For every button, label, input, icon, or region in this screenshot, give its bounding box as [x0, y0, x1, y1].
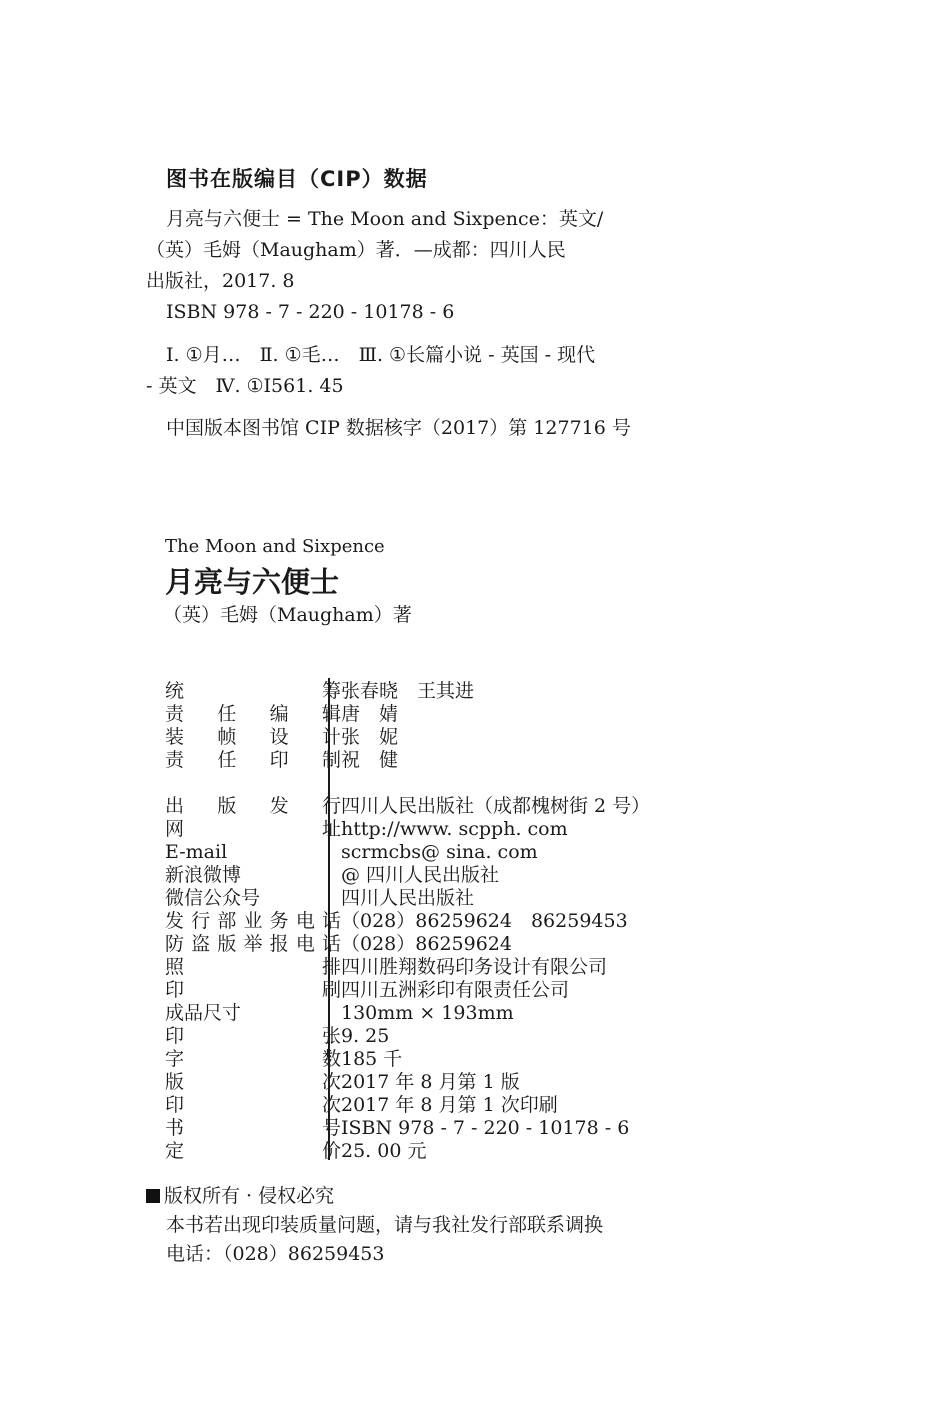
quality-notice: 本书若出现印装质量问题，请与我社发行部联系调换 — [146, 1211, 603, 1240]
credit-label: 发行部业务电话 — [165, 910, 341, 933]
credit-row: 成品尺寸130mm × 193mm — [165, 1002, 650, 1025]
book-author: （英）毛姆（Maugham）著 — [163, 600, 412, 627]
cip-line: 月亮与六便士 = The Moon and Sixpence：英文/ — [166, 204, 603, 235]
credit-value: （028）86259624 — [341, 933, 512, 956]
credit-label: 防盗版举报电话 — [165, 933, 341, 956]
credit-row: 出版发行四川人民出版社（成都槐树街 2 号） — [165, 795, 650, 818]
credit-row: 统 筹张春晓 王其进 — [165, 680, 650, 703]
cip-line: 出版社，2017. 8 — [146, 266, 295, 297]
credit-row: 发行部业务电话（028）86259624 86259453 — [165, 910, 650, 933]
group-spacer — [165, 772, 650, 795]
credit-value: 2017 年 8 月第 1 次印刷 — [341, 1094, 558, 1117]
credit-label: 印 张 — [165, 1025, 341, 1048]
cip-line: （英）毛姆（Maugham）著．—成都：四川人民 — [146, 235, 566, 266]
credit-label: 责任编辑 — [165, 703, 341, 726]
credit-value: 祝 健 — [341, 749, 398, 772]
cip-classification: - 英文 Ⅳ. ①I561. 45 — [146, 371, 344, 402]
cip-classification: Ⅰ. ①月… Ⅱ. ①毛… Ⅲ. ①长篇小说 - 英国 - 现代 — [166, 340, 595, 371]
credit-label: 照 排 — [165, 956, 341, 979]
credit-label: 版 次 — [165, 1071, 341, 1094]
credit-row: 印 次2017 年 8 月第 1 次印刷 — [165, 1094, 650, 1117]
credit-value: 四川人民出版社（成都槐树街 2 号） — [341, 795, 650, 818]
black-square-icon — [146, 1189, 160, 1203]
credit-label: 网 址 — [165, 818, 341, 841]
footer: 版权所有 · 侵权必究 本书若出现印装质量问题，请与我社发行部联系调换 电话：（… — [146, 1182, 603, 1269]
credit-value: 9. 25 — [341, 1025, 389, 1048]
credit-value: （028）86259624 86259453 — [341, 910, 628, 933]
credits-table: 统 筹张春晓 王其进 责任编辑唐 婧 装帧设计张 妮 责任印制祝 健 出版发行四… — [165, 680, 650, 1163]
credit-row: E-mailscrmcbs@ sina. com — [165, 841, 650, 864]
credit-row: 网 址http://www. scpph. com — [165, 818, 650, 841]
credit-row: 书 号ISBN 978 - 7 - 220 - 10178 - 6 — [165, 1117, 650, 1140]
credit-row: 定 价25. 00 元 — [165, 1140, 650, 1163]
credit-label: 统 筹 — [165, 680, 341, 703]
credit-label: 新浪微博 — [165, 864, 341, 887]
copyright-text: 版权所有 · 侵权必究 — [164, 1185, 334, 1207]
credit-label: 成品尺寸 — [165, 1002, 341, 1025]
credit-value: 四川五洲彩印有限责任公司 — [341, 979, 569, 1002]
credit-row: 微信公众号四川人民出版社 — [165, 887, 650, 910]
credit-row: 装帧设计张 妮 — [165, 726, 650, 749]
credit-label: 责任印制 — [165, 749, 341, 772]
credit-row: 照 排四川胜翔数码印务设计有限公司 — [165, 956, 650, 979]
credit-label: E-mail — [165, 841, 341, 864]
credit-label: 微信公众号 — [165, 887, 341, 910]
book-title-chinese: 月亮与六便士 — [165, 560, 339, 601]
credit-row: 版 次2017 年 8 月第 1 版 — [165, 1071, 650, 1094]
credit-value: @ 四川人民出版社 — [341, 864, 499, 887]
book-title-english: The Moon and Sixpence — [165, 536, 385, 557]
credit-row: 责任编辑唐 婧 — [165, 703, 650, 726]
cip-isbn: ISBN 978 - 7 - 220 - 10178 - 6 — [166, 297, 454, 328]
credit-value: 185 千 — [341, 1048, 402, 1071]
credit-value: http://www. scpph. com — [341, 818, 568, 841]
credit-value: 四川人民出版社 — [341, 887, 474, 910]
credit-row: 新浪微博@ 四川人民出版社 — [165, 864, 650, 887]
credit-value: 唐 婧 — [341, 703, 398, 726]
credit-label: 印 次 — [165, 1094, 341, 1117]
credit-label: 字 数 — [165, 1048, 341, 1071]
credit-row: 字 数185 千 — [165, 1048, 650, 1071]
credit-row: 防盗版举报电话（028）86259624 — [165, 933, 650, 956]
contact-phone: 电话：（028）86259453 — [146, 1240, 603, 1269]
credit-row: 印 刷四川五洲彩印有限责任公司 — [165, 979, 650, 1002]
credit-value: 张 妮 — [341, 726, 398, 749]
credit-row: 印 张9. 25 — [165, 1025, 650, 1048]
credit-label: 定 价 — [165, 1140, 341, 1163]
credit-value: 25. 00 元 — [341, 1140, 426, 1163]
credit-value: 四川胜翔数码印务设计有限公司 — [341, 956, 607, 979]
credit-label: 书 号 — [165, 1117, 341, 1140]
credit-label: 出版发行 — [165, 795, 341, 818]
credit-value: scrmcbs@ sina. com — [341, 841, 538, 864]
credit-value: 张春晓 王其进 — [341, 680, 474, 703]
credit-value: 130mm × 193mm — [341, 1002, 514, 1025]
credit-value: ISBN 978 - 7 - 220 - 10178 - 6 — [341, 1117, 629, 1140]
credit-row: 责任印制祝 健 — [165, 749, 650, 772]
credit-label: 装帧设计 — [165, 726, 341, 749]
credit-label: 印 刷 — [165, 979, 341, 1002]
copyright-line: 版权所有 · 侵权必究 — [146, 1182, 603, 1211]
credit-value: 2017 年 8 月第 1 版 — [341, 1071, 520, 1094]
cip-title: 图书在版编目（CIP）数据 — [166, 163, 428, 193]
cip-record-number: 中国版本图书馆 CIP 数据核字（2017）第 127716 号 — [166, 413, 631, 444]
